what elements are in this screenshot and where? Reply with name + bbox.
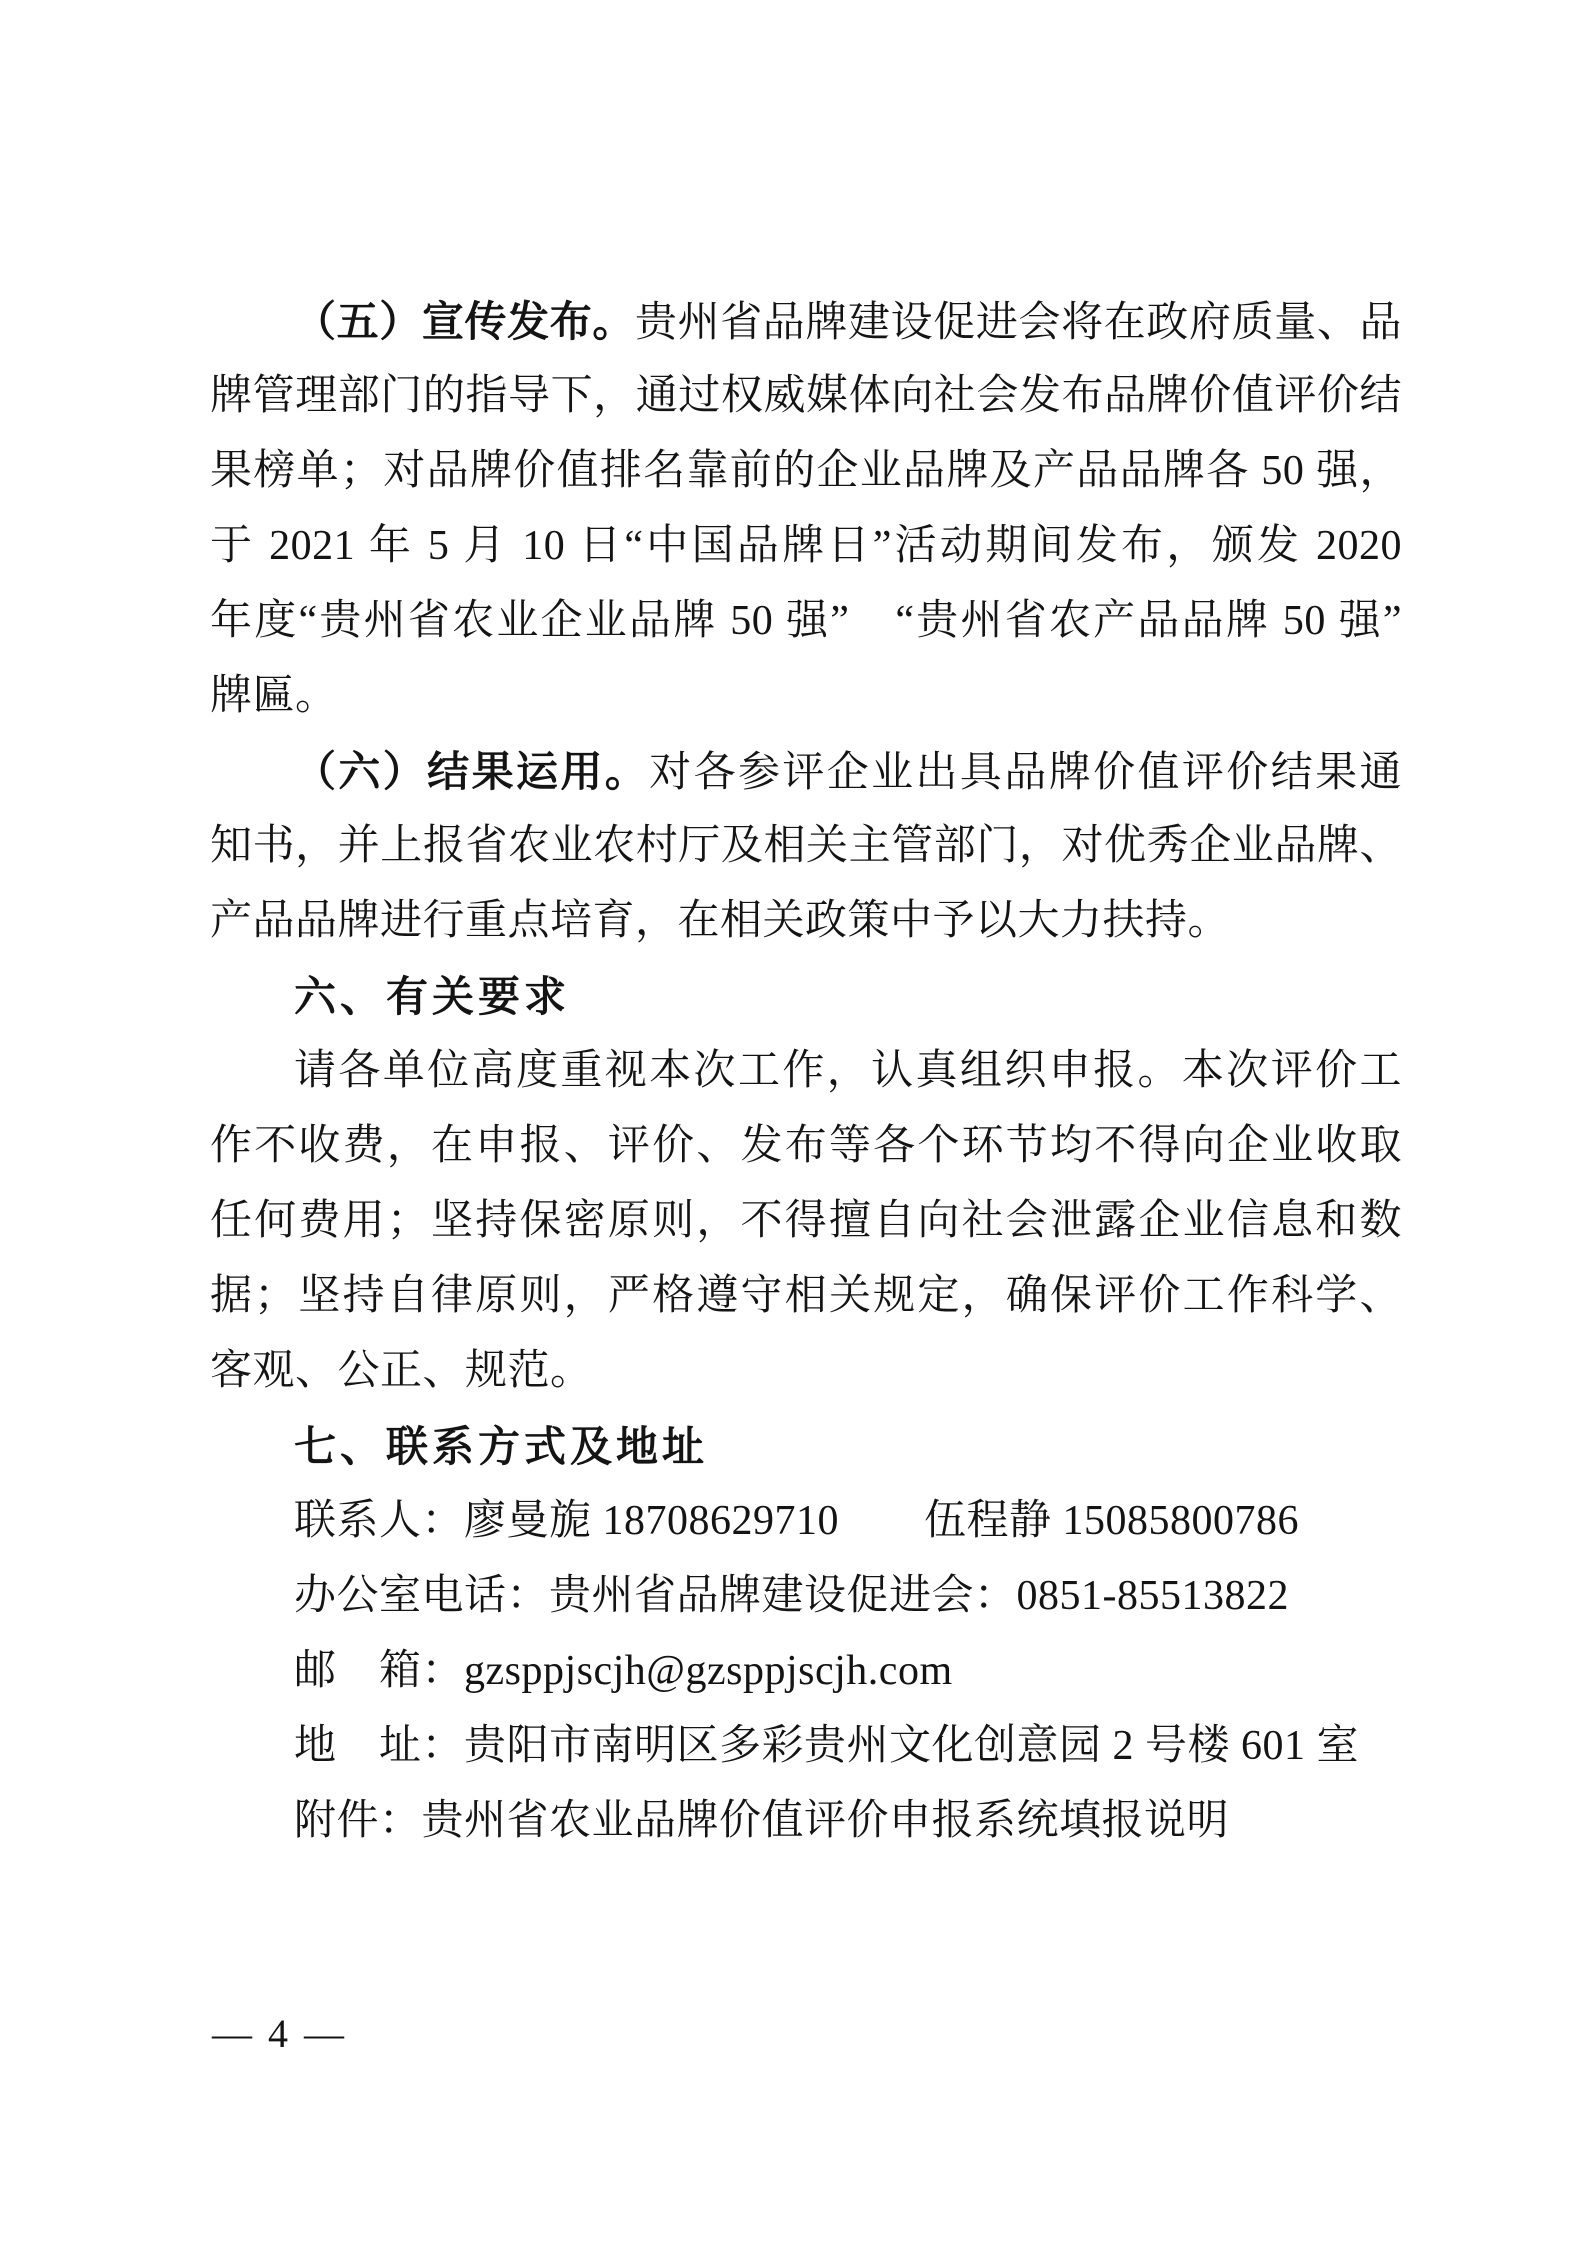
paragraph-five-line: 牌匾。 (210, 659, 1402, 734)
paragraph-five-line: 于 2021 年 5 月 10 日“中国品牌日”活动期间发布，颁发 2020 (210, 509, 1402, 584)
requirements-line: 据；坚持自律原则，严格遵守相关规定，确保评价工作科学、 (210, 1259, 1402, 1334)
page-number: — 4 — (212, 2008, 347, 2060)
requirements-line: 请各单位高度重视本次工作，认真组织申报。本次评价工 (210, 1034, 1402, 1109)
section-six-heading: 六、有关要求 (210, 959, 1402, 1034)
paragraph-text: 对各参评企业出具品牌价值评价结果通 (649, 750, 1402, 796)
requirements-line: 任何费用；坚持保密原则，不得擅自向社会泄露企业信息和数 (210, 1184, 1402, 1259)
attachment-line: 附件：贵州省农业品牌价值评价申报系统填报说明 (210, 1784, 1402, 1859)
paragraph-five-line: 牌管理部门的指导下，通过权威媒体向社会发布品牌价值评价结 (210, 359, 1402, 434)
document-body: （五）宣传发布。贵州省品牌建设促进会将在政府质量、品 牌管理部门的指导下，通过权… (210, 284, 1402, 1859)
contact-person-line: 联系人：廖曼旎 18708629710 伍程静 15085800786 (210, 1484, 1402, 1559)
requirements-line: 客观、公正、规范。 (210, 1334, 1402, 1409)
paragraph-six-line: 产品品牌进行重点培育，在相关政策中予以大力扶持。 (210, 884, 1402, 959)
paragraph-six-line: 知书，并上报省农业农村厅及相关主管部门，对优秀企业品牌、 (210, 809, 1402, 884)
paragraph-six-lead: （六）结果运用。 (294, 748, 649, 795)
address-line: 地 址：贵阳市南明区多彩贵州文化创意园 2 号楼 601 室 (210, 1709, 1402, 1784)
requirements-line: 作不收费，在申报、评价、发布等各个环节均不得向企业收取 (210, 1109, 1402, 1184)
paragraph-five-line: （五）宣传发布。贵州省品牌建设促进会将在政府质量、品 (210, 284, 1402, 359)
office-phone-line: 办公室电话：贵州省品牌建设促进会：0851-85513822 (210, 1559, 1402, 1634)
paragraph-five-lead: （五）宣传发布。 (294, 298, 635, 345)
paragraph-five-line: 果榜单；对品牌价值排名靠前的企业品牌及产品品牌各 50 强， (210, 434, 1402, 509)
section-seven-heading: 七、联系方式及地址 (210, 1409, 1402, 1484)
paragraph-five-line: 年度“贵州省农业企业品牌 50 强” “贵州省农产品品牌 50 强” (210, 584, 1402, 659)
paragraph-six-line: （六）结果运用。对各参评企业出具品牌价值评价结果通 (210, 734, 1402, 809)
paragraph-text: 贵州省品牌建设促进会将在政府质量、品 (635, 300, 1402, 346)
email-line: 邮 箱：gzsppjscjh@gzsppjscjh.com (210, 1634, 1402, 1709)
document-page: （五）宣传发布。贵州省品牌建设促进会将在政府质量、品 牌管理部门的指导下，通过权… (0, 0, 1587, 2245)
